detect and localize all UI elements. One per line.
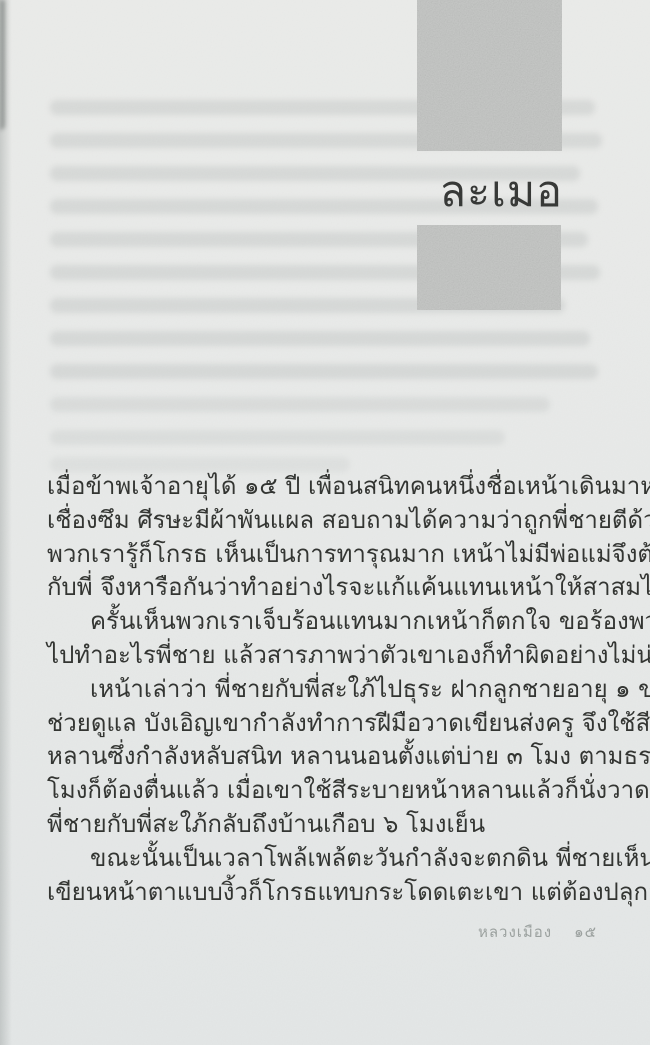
bleed-through-line	[50, 364, 598, 379]
running-title: หลวงเมือง	[478, 920, 552, 944]
bleed-through-line	[50, 430, 505, 445]
body-line: ช่วยดูแล บังเอิญเขากำลังทำการฝีมือวาดเขี…	[47, 707, 604, 741]
chapter-title: ละเมอ	[440, 168, 563, 217]
body-line: พี่ชายกับพี่สะใภ้กลับถึงบ้านเกือบ ๖ โมงเ…	[47, 808, 604, 842]
body-line: ครั้นเห็นพวกเราเจ็บร้อนแทนมากเหน้าก็ตกใจ…	[47, 605, 604, 639]
page-edge-notch	[0, 0, 5, 130]
halftone-block-bottom	[417, 225, 561, 310]
page-gutter-shadow	[0, 0, 14, 1045]
book-page: ละเมอ เมื่อข้าพเจ้าอายุได้ ๑๕ ปี เพื่อนส…	[0, 0, 650, 1045]
body-line: ไปทำอะไรพี่ชาย แล้วสารภาพว่าตัวเขาเองก็ท…	[47, 639, 604, 673]
page-footer: หลวงเมือง ๑๕	[478, 920, 597, 944]
body-line: หลานซึ่งกำลังหลับสนิท หลานนอนตั้งแต่บ่าย…	[47, 740, 604, 774]
body-line: เมื่อข้าพเจ้าอายุได้ ๑๕ ปี เพื่อนสนิทคนห…	[47, 470, 604, 504]
halftone-block-top	[417, 0, 562, 151]
body-line: เขียนหน้าตาแบบงิ้วก็โกรธแทบกระโดดเตะเขา …	[47, 876, 604, 910]
body-line: โมงก็ต้องตื่นแล้ว เมื่อเขาใช้สีระบายหน้า…	[47, 774, 604, 808]
body-line: กับพี่ จึงหารือกันว่าทำอย่างไรจะแก้แค้นแ…	[47, 571, 604, 605]
bleed-through-line	[50, 397, 550, 412]
body-line: พวกเรารู้ก็โกรธ เห็นเป็นการทารุณมาก เหน้…	[47, 538, 604, 572]
bleed-through-line	[50, 331, 590, 346]
body-line: เหน้าเล่าว่า พี่ชายกับพี่สะใภ้ไปธุระ ฝาก…	[47, 673, 604, 707]
body-line: เชื่องซึม ศีรษะมีผ้าพันแผล สอบถามได้ความ…	[47, 504, 604, 538]
body-line: ขณะนั้นเป็นเวลาโพล้เพล้ตะวันกำลังจะตกดิน…	[47, 842, 604, 876]
page-number: ๑๕	[574, 920, 597, 944]
body-text: เมื่อข้าพเจ้าอายุได้ ๑๕ ปี เพื่อนสนิทคนห…	[47, 470, 604, 909]
